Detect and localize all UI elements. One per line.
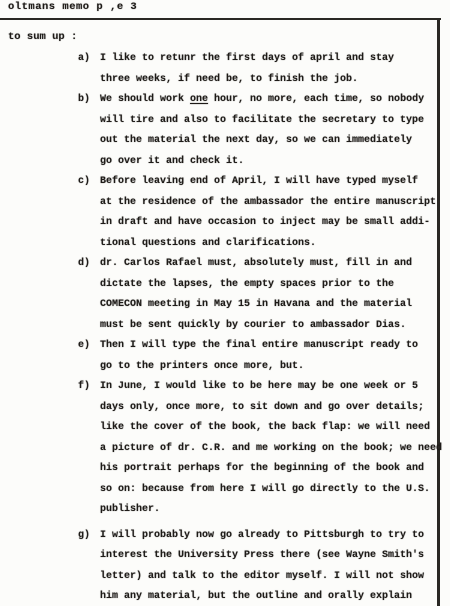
memo-line: at the residence of the ambassador the e… (100, 193, 443, 214)
memo-item-label: d) (78, 254, 100, 336)
memo-line: days only, once more, to sit down and go… (100, 398, 443, 419)
memo-item: f) In June, I would like to be here may … (78, 377, 443, 521)
memo-item-lines: Before leaving end of April, I will have… (100, 172, 443, 254)
memo-page: oltmans memo p ,e 3 to sum up : a) I lik… (0, 0, 450, 606)
memo-item-lines: I like to retunr the first days of april… (100, 49, 443, 90)
memo-line: go to the printers once more, but. (100, 357, 443, 378)
memo-line: publisher. (100, 500, 443, 521)
memo-line: letter) and talk to the editor myself. I… (100, 567, 443, 588)
memo-line: out the material the next day, so we can… (100, 131, 443, 152)
underlined-text: one (190, 94, 208, 105)
memo-item-lines: Then I will type the final entire manusc… (100, 336, 443, 377)
memo-line: COMECON meeting in May 15 in Havana and … (100, 295, 443, 316)
memo-item: b) We should work one hour, no more, eac… (78, 90, 443, 172)
memo-intro: to sum up : (8, 31, 77, 43)
memo-line: three weeks, if need be, to finish the j… (100, 70, 443, 91)
memo-line: in draft and have occasion to inject may… (100, 213, 443, 234)
memo-items: a) I like to retunr the first days of ap… (78, 49, 443, 606)
memo-item-lines: I will probably now go already to Pittsb… (100, 526, 443, 606)
memo-line: I will probably now go already to Pittsb… (100, 526, 443, 547)
memo-line: go over it and check it. (100, 152, 443, 173)
memo-item-label: e) (78, 336, 100, 377)
memo-line: tional questions and clarifications. (100, 234, 443, 255)
memo-line: will tire and also to facilitate the sec… (100, 111, 443, 132)
text-segment: hour, no more, each time, so nobody (208, 94, 424, 105)
memo-item-label: b) (78, 90, 100, 172)
memo-line: I like to retunr the first days of april… (100, 49, 443, 70)
memo-item: d) dr. Carlos Rafael must, absolutely mu… (78, 254, 443, 336)
memo-item-lines: dr. Carlos Rafael must, absolutely must,… (100, 254, 443, 336)
text-segment: We should work (100, 94, 190, 105)
memo-line: like the cover of the book, the back fla… (100, 418, 443, 439)
page-border-top (0, 18, 441, 20)
page-header: oltmans memo p ,e 3 (8, 1, 137, 13)
memo-item-lines: In June, I would like to be here may be … (100, 377, 443, 521)
memo-line: We should work one hour, no more, each t… (100, 90, 443, 111)
memo-line: must be sent quickly by courier to ambas… (100, 316, 443, 337)
memo-line: interest the University Press there (see… (100, 546, 443, 567)
memo-line: Then I will type the final entire manusc… (100, 336, 443, 357)
memo-item-label: g) (78, 526, 100, 606)
memo-item: g) I will probably now go already to Pit… (78, 526, 443, 606)
memo-line: him any material, but the outline and or… (100, 587, 443, 606)
memo-item: e) Then I will type the final entire man… (78, 336, 443, 377)
memo-item-label: f) (78, 377, 100, 521)
memo-line: In June, I would like to be here may be … (100, 377, 443, 398)
memo-line: Before leaving end of April, I will have… (100, 172, 443, 193)
memo-item-lines: We should work one hour, no more, each t… (100, 90, 443, 172)
memo-line: dictate the lapses, the empty spaces pri… (100, 275, 443, 296)
memo-line: a picture of dr. C.R. and me working on … (100, 439, 443, 460)
memo-line: so on: because from here I will go direc… (100, 480, 443, 501)
memo-item-label: c) (78, 172, 100, 254)
memo-item-label: a) (78, 49, 100, 90)
memo-item: c) Before leaving end of April, I will h… (78, 172, 443, 254)
memo-line: his portrait perhaps for the beginning o… (100, 459, 443, 480)
memo-item: a) I like to retunr the first days of ap… (78, 49, 443, 90)
memo-line: dr. Carlos Rafael must, absolutely must,… (100, 254, 443, 275)
